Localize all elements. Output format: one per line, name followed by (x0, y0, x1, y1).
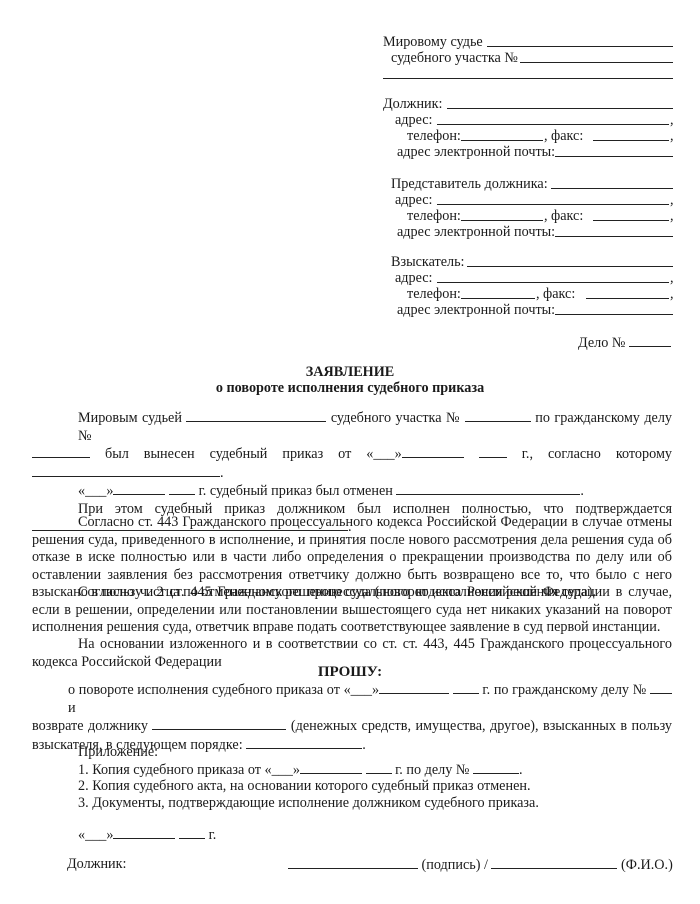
rep-address-field[interactable] (437, 192, 669, 205)
full-name-label: (Ф.И.О.) (621, 857, 673, 873)
attachment-case-field[interactable] (473, 761, 519, 774)
case-number: Дело № (578, 334, 671, 351)
attachments-label: Приложение: (78, 744, 158, 760)
rep-email-label: адрес электронной почты: (397, 224, 555, 240)
representative-block: Представитель должника: адрес:, телефон:… (383, 176, 673, 240)
return-order-field[interactable] (246, 736, 362, 749)
debtor-fax-field[interactable] (593, 128, 669, 141)
order-date-field[interactable] (402, 445, 464, 458)
creditor-fax-label: факс: (543, 286, 575, 302)
creditor-address-field[interactable] (437, 270, 669, 283)
signature-label: (подпись) / (422, 857, 488, 873)
addressee-block: Мировому судье судебного участка № (383, 34, 673, 82)
creditor-phone-label: телефон: (407, 286, 461, 302)
rep-fax-label: факс: (551, 208, 583, 224)
signature-year-field[interactable] (179, 826, 205, 839)
rep-phone-field[interactable] (461, 208, 543, 221)
debtor-phone-label: телефон: (407, 128, 461, 144)
body-paragraph-art445: Согласно ч. 2 ст. 445 Гражданского проце… (32, 584, 672, 637)
attachment-item-3: 3. Документы, подтверждающие исполнение … (78, 795, 539, 811)
case-number-inline-field[interactable] (32, 445, 90, 458)
signature-field[interactable] (288, 856, 418, 869)
debtor-field[interactable] (447, 96, 673, 109)
signature-date: «___» г. (78, 826, 216, 843)
creditor-fax-field[interactable] (586, 286, 669, 299)
creditor-phone-field[interactable] (461, 286, 535, 299)
attachment-order-date-field[interactable] (300, 761, 362, 774)
district-field[interactable] (520, 50, 673, 63)
return-subject-field[interactable] (152, 717, 286, 730)
document-subtitle: о повороте исполнения судебного приказа (0, 380, 700, 396)
creditor-email-label: адрес электронной почты: (397, 302, 555, 318)
footer-debtor-label: Должник: (67, 856, 127, 872)
rep-phone-label: телефон: (407, 208, 461, 224)
debtor-email-label: адрес электронной почты: (397, 144, 555, 160)
cancel-reason-field[interactable] (396, 482, 580, 495)
signature-date-field[interactable] (113, 826, 175, 839)
rep-fax-field[interactable] (593, 208, 669, 221)
signature-line: (подпись) / (Ф.И.О.) (288, 856, 673, 873)
judge-field[interactable] (487, 34, 673, 47)
request-order-date-field[interactable] (379, 681, 449, 694)
rep-email-field[interactable] (555, 224, 673, 237)
creditor-address-label: адрес: (395, 270, 433, 286)
debtor-phone-field[interactable] (461, 128, 543, 141)
rep-label: Представитель должника: (391, 176, 548, 192)
case-label: Дело № (578, 335, 625, 351)
case-number-field[interactable] (629, 334, 671, 347)
creditor-email-field[interactable] (555, 302, 673, 315)
creditor-block: Взыскатель: адрес:, телефон:, факс:, адр… (383, 254, 673, 318)
attachment-order-year-field[interactable] (366, 761, 392, 774)
order-subject-field[interactable] (32, 464, 220, 477)
request-heading: ПРОШУ: (0, 664, 700, 680)
debtor-address-field[interactable] (437, 112, 669, 125)
order-year-field[interactable] (479, 445, 507, 458)
cancel-year-field[interactable] (169, 482, 195, 495)
court-extra-field[interactable] (383, 66, 673, 79)
creditor-label: Взыскатель: (391, 254, 465, 270)
rep-address-label: адрес: (395, 192, 433, 208)
rep-field[interactable] (551, 176, 673, 189)
request-case-field[interactable] (650, 681, 672, 694)
judge-name-field[interactable] (186, 409, 326, 422)
document-title: ЗАЯВЛЕНИЕ (0, 364, 700, 380)
debtor-block: Должник: адрес:, телефон:, факс:, адрес … (383, 96, 673, 160)
district-number-field[interactable] (465, 409, 531, 422)
district-label: судебного участка № (391, 50, 518, 66)
debtor-address-label: адрес: (395, 112, 433, 128)
debtor-email-field[interactable] (555, 144, 673, 157)
full-name-field[interactable] (491, 856, 617, 869)
debtor-label: Должник: (383, 96, 443, 112)
attachment-item-1: 1. Копия судебного приказа от «___» г. п… (78, 761, 522, 778)
debtor-fax-label: факс: (551, 128, 583, 144)
request-order-year-field[interactable] (453, 681, 479, 694)
attachment-item-2: 2. Копия судебного акта, на основании ко… (78, 778, 531, 794)
creditor-field[interactable] (467, 254, 673, 267)
cancel-date-field[interactable] (113, 482, 165, 495)
judge-label: Мировому судье (383, 34, 483, 50)
